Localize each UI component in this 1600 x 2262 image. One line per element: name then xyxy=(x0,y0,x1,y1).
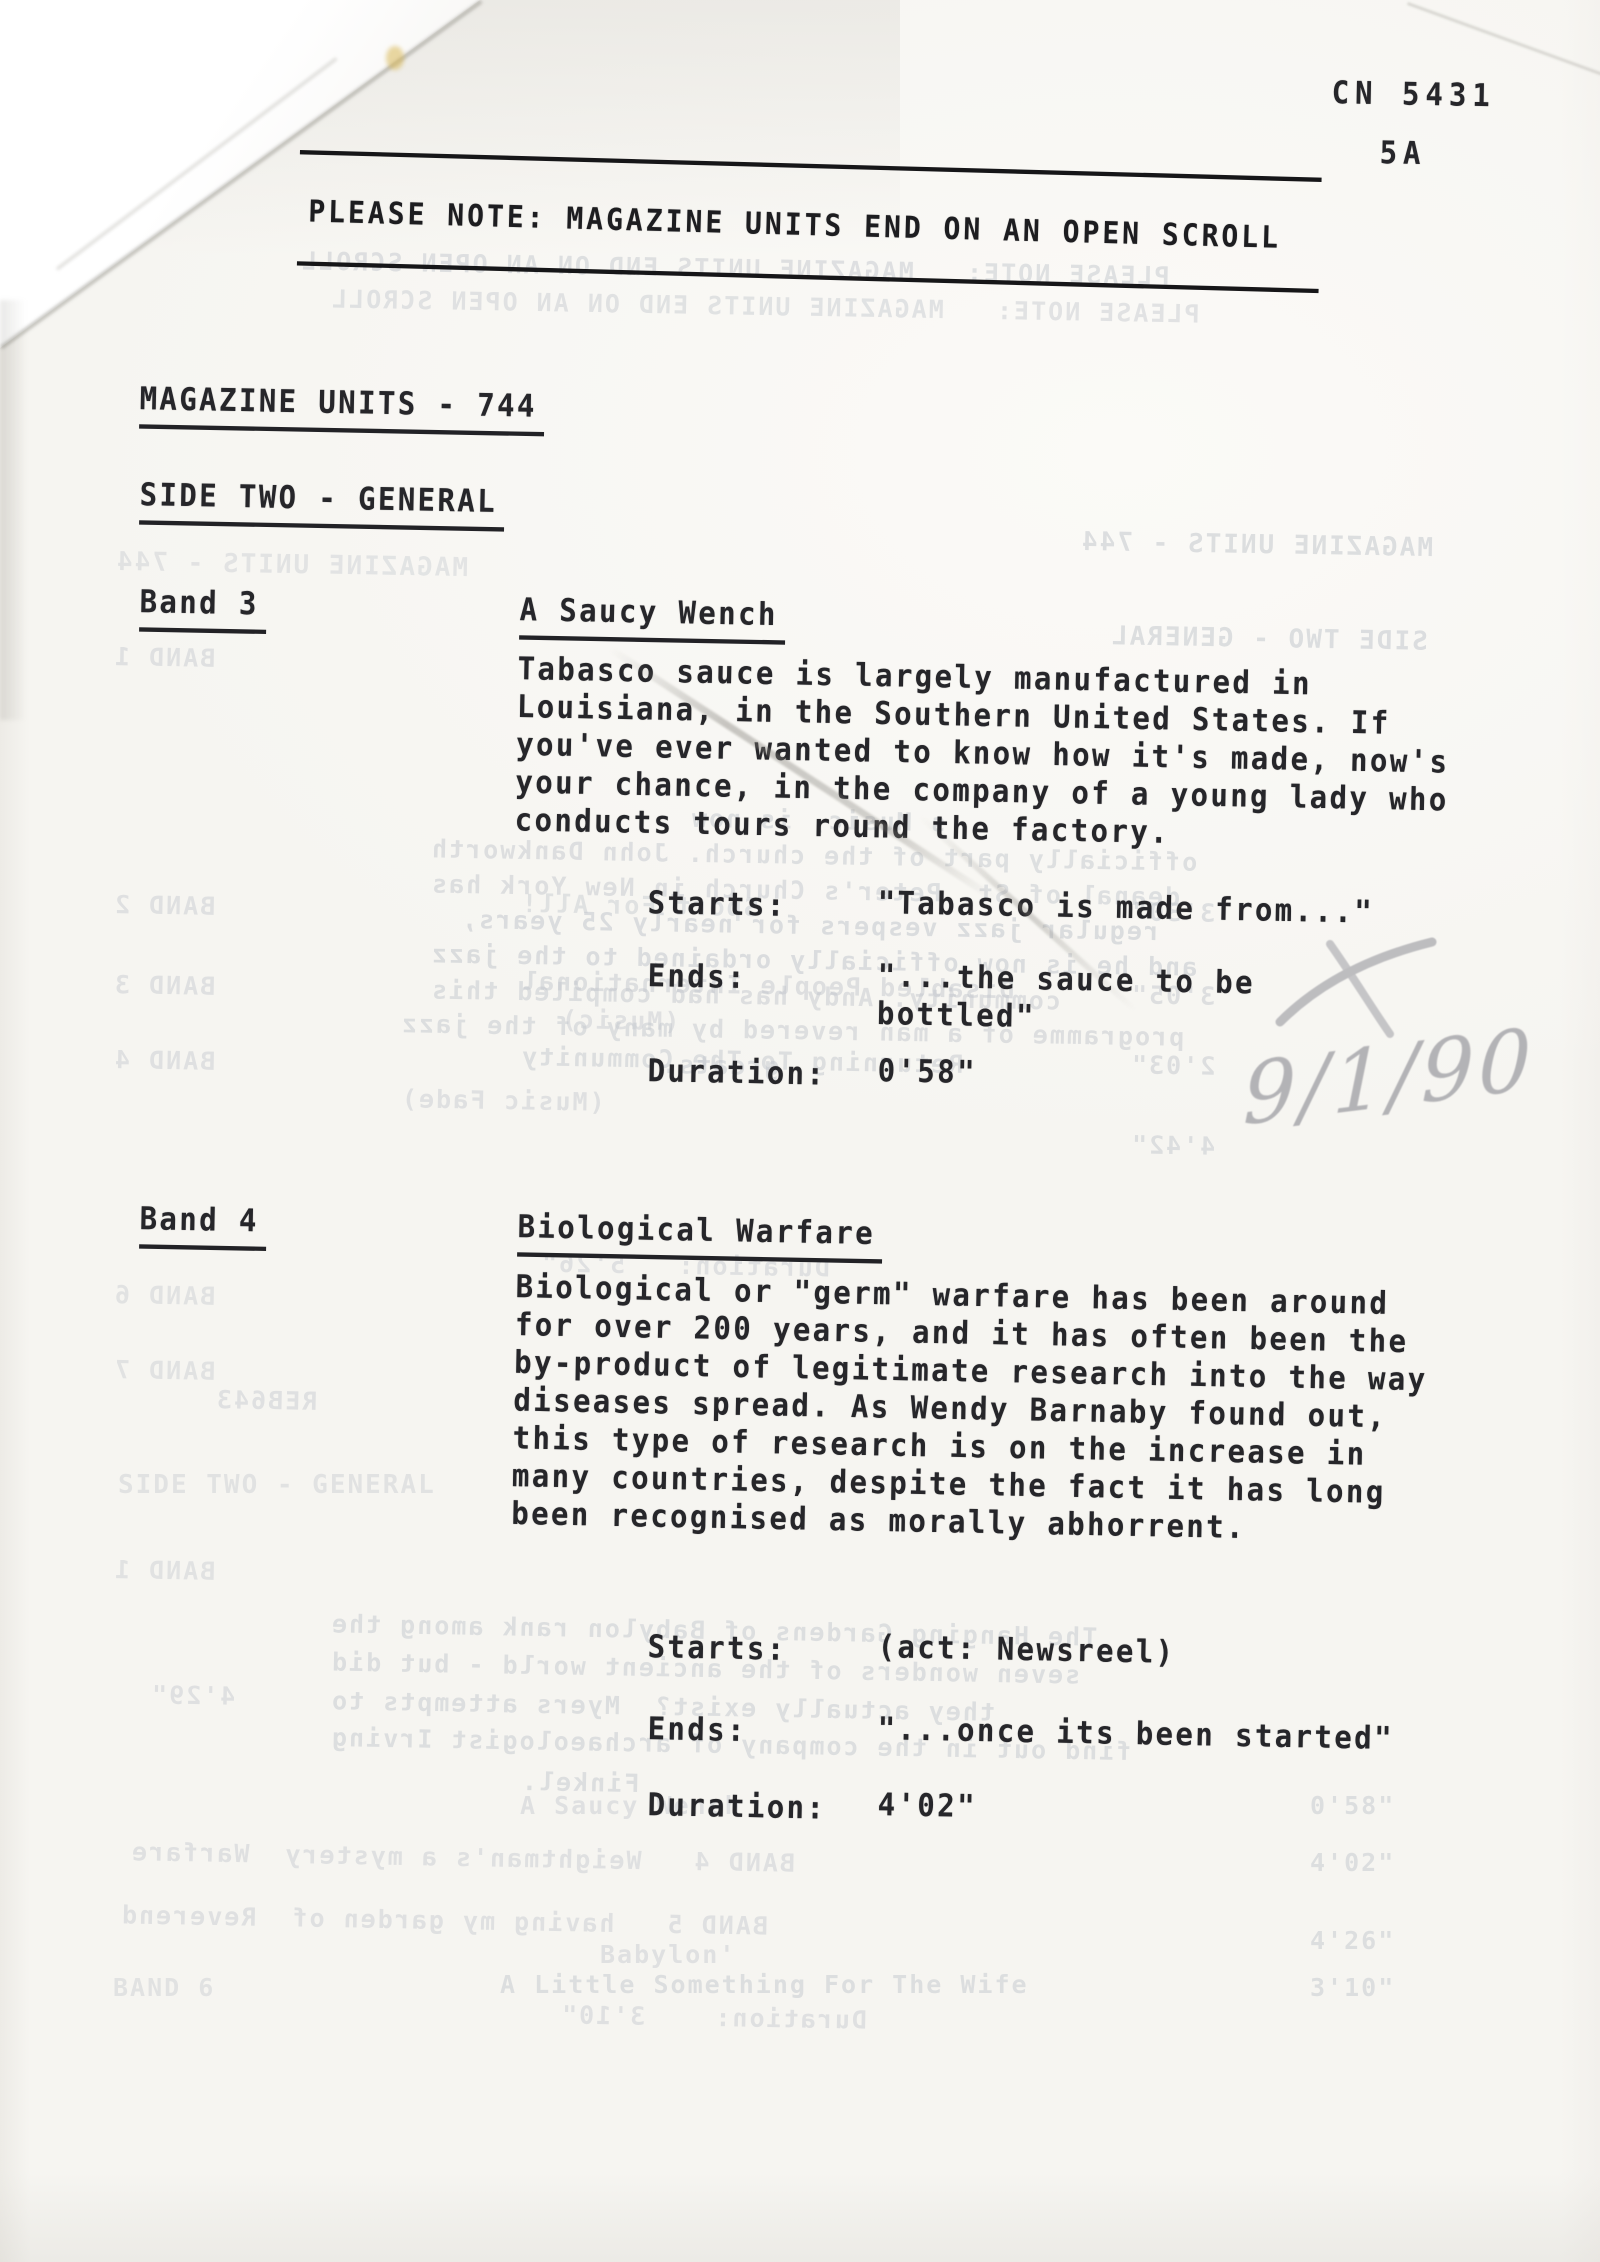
bleedthrough-text: BAND 7 xyxy=(113,1357,216,1384)
bleedthrough-text: BAND 1 xyxy=(113,644,216,671)
bleedthrough-text: BAND 4 Weightman's a mystery Warfare xyxy=(130,1839,795,1876)
duration-label: Duration: xyxy=(647,1052,826,1093)
bleedthrough-text: 4'02" xyxy=(1310,1850,1395,1875)
bleedthrough-text: MAGAZINE UNITS - 744 xyxy=(1080,529,1433,561)
band-title: A Saucy Wench xyxy=(519,591,786,645)
band-description: Biological or "germ" warfare has been ar… xyxy=(511,1268,1536,1552)
bleedthrough-text: 0'58" xyxy=(1310,1793,1395,1818)
ends-label: Ends: xyxy=(647,1710,747,1750)
duration-value: 0'58" xyxy=(877,1052,977,1092)
bleedthrough-layer: PLEASE NOTE: MAGAZINE UNITS END ON AN OP… xyxy=(0,0,1600,2262)
bleedthrough-text: BAND 1 xyxy=(113,1557,216,1584)
bleedthrough-text: BAND 5 having my garden of Reverend xyxy=(120,1902,768,1938)
scanned-page: PLEASE NOTE: MAGAZINE UNITS END ON AN OP… xyxy=(0,0,1600,2262)
bleedthrough-text: A Little Something For The Wife xyxy=(500,1972,1029,1997)
band-label: Band 4 xyxy=(139,1200,267,1251)
document-title: MAGAZINE UNITS - 744 xyxy=(139,380,545,436)
bleedthrough-text: BAND 4 xyxy=(113,1047,216,1074)
bleedthrough-text: BAND 6 xyxy=(113,1282,216,1309)
bleedthrough-text: (Music) xyxy=(560,1007,680,1034)
bleedthrough-text: 4'26" xyxy=(1310,1928,1395,1953)
page-code: 5A xyxy=(1379,134,1427,173)
notice-text: PLEASE NOTE: MAGAZINE UNITS END ON AN OP… xyxy=(308,193,1282,255)
bleedthrough-text: 4'42" xyxy=(1130,1132,1216,1158)
bleedthrough-text: 3'10" xyxy=(1310,1975,1395,2000)
bleedthrough-text: 4'29" xyxy=(150,1682,236,1708)
bleedthrough-text: MAGAZINE UNITS - 744 xyxy=(115,549,468,581)
bleedthrough-text: SIDE TWO - GENERAL xyxy=(1110,623,1428,655)
bleedthrough-text: SIDE TWO - GENERAL xyxy=(118,1472,436,1498)
duration-value: 4'02" xyxy=(877,1786,977,1826)
bleedthrough-text: BAND 2 xyxy=(113,892,216,919)
bleedthrough-text: BAND 3 xyxy=(113,972,216,999)
starts-value: (act: Newsreel) xyxy=(877,1628,1176,1672)
bleedthrough-text: REB643 xyxy=(215,1387,318,1414)
starts-label: Starts: xyxy=(647,1628,787,1668)
document-subtitle: SIDE TWO - GENERAL xyxy=(139,476,505,532)
bleedthrough-text: Duration: 3'10" xyxy=(560,2002,867,2032)
bleedthrough-text: 2'03" xyxy=(1130,1052,1216,1078)
starts-label: Starts: xyxy=(647,884,787,924)
duration-label: Duration: xyxy=(647,1786,826,1827)
ends-label: Ends: xyxy=(647,957,747,997)
band-label: Band 3 xyxy=(139,583,267,634)
band-title: Biological Warfare xyxy=(517,1208,883,1264)
bleedthrough-text: (Music Fade) xyxy=(400,1086,605,1115)
reference-number: CN 5431 xyxy=(1331,74,1496,115)
bleedthrough-text: BAND 6 xyxy=(113,1975,215,2000)
bleedthrough-text: Babylon' xyxy=(600,1942,736,1967)
bleedthrough-text: PLEASE NOTE: MAGAZINE UNITS END ON AN OP… xyxy=(330,286,1200,326)
